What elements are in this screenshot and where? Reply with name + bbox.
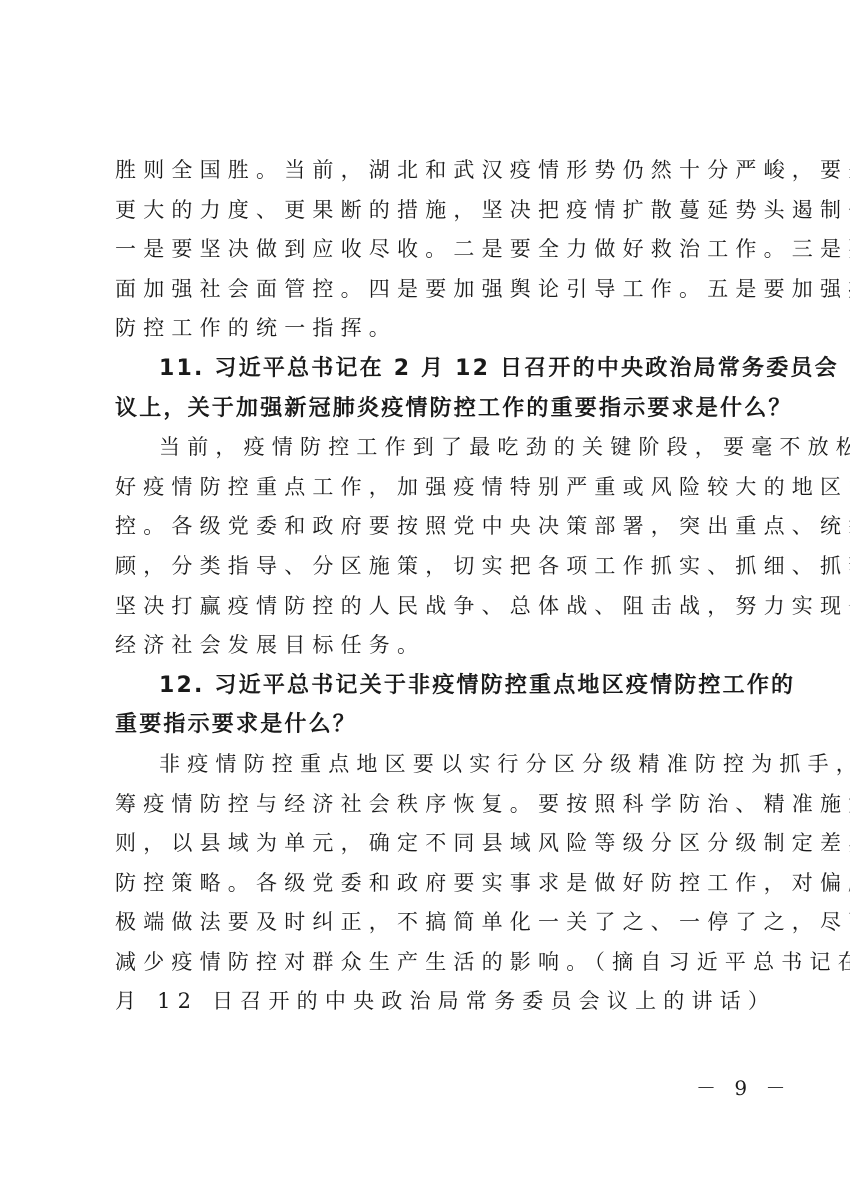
heading-line: 重要指示要求是什么？ xyxy=(115,705,747,745)
paragraph-line: 经济社会发展目标任务。 xyxy=(115,626,747,666)
paragraph-line: 更大的力度、更果断的措施，坚决把疫情扩散蔓延势头遏制住。 xyxy=(115,191,747,231)
paragraph-line: 防控策略。各级党委和政府要实事求是做好防控工作，对偏颇和 xyxy=(115,864,747,904)
continuation-paragraph: 胜则全国胜。当前，湖北和武汉疫情形势仍然十分严峻，要采取 更大的力度、更果断的措… xyxy=(115,151,747,349)
question-12-heading: 12. 习近平总书记关于非疫情防控重点地区疫情防控工作的 重要指示要求是什么？ xyxy=(115,666,747,745)
heading-line: 11. 习近平总书记在 2 月 12 日召开的中央政治局常务委员会 xyxy=(115,349,747,389)
question-11-heading: 11. 习近平总书记在 2 月 12 日召开的中央政治局常务委员会 议上，关于加… xyxy=(115,349,747,428)
question-12-answer: 非疫情防控重点地区要以实行分区分级精准防控为抓手，统 筹疫情防控与经济社会秩序恢… xyxy=(115,745,747,1022)
heading-line: 议上，关于加强新冠肺炎疫情防控工作的重要指示要求是什么？ xyxy=(115,389,747,429)
page-number: － 9 － xyxy=(696,1072,791,1101)
paragraph-line: 极端做法要及时纠正，不搞简单化一关了之、一停了之，尽可能 xyxy=(115,903,747,943)
paragraph-line: 控。各级党委和政府要按照党中央决策部署，突出重点、统筹兼 xyxy=(115,507,747,547)
paragraph-line: 防控工作的统一指挥。 xyxy=(115,309,747,349)
question-11-answer: 当前，疫情防控工作到了最吃劲的关键阶段，要毫不放松做 好疫情防控重点工作，加强疫… xyxy=(115,428,747,666)
paragraph-line: 非疫情防控重点地区要以实行分区分级精准防控为抓手，统 xyxy=(115,745,747,785)
paragraph-line: 胜则全国胜。当前，湖北和武汉疫情形势仍然十分严峻，要采取 xyxy=(115,151,747,191)
paragraph-line: 则，以县域为单元，确定不同县域风险等级分区分级制定差异化 xyxy=(115,824,747,864)
paragraph-line: 坚决打赢疫情防控的人民战争、总体战、阻击战，努力实现今年 xyxy=(115,587,747,627)
paragraph-line: 当前，疫情防控工作到了最吃劲的关键阶段，要毫不放松做 xyxy=(115,428,747,468)
paragraph-line: 月 12 日召开的中央政治局常务委员会议上的讲话） xyxy=(115,982,747,1022)
paragraph-line: 好疫情防控重点工作，加强疫情特别严重或风险较大的地区防 xyxy=(115,468,747,508)
heading-line: 12. 习近平总书记关于非疫情防控重点地区疫情防控工作的 xyxy=(115,666,747,706)
paragraph-line: 一是要坚决做到应收尽收。二是要全力做好救治工作。三是要全 xyxy=(115,230,747,270)
paragraph-line: 减少疫情防控对群众生产生活的影响。（摘自习近平总书记在 2 xyxy=(115,943,747,983)
document-page: 胜则全国胜。当前，湖北和武汉疫情形势仍然十分严峻，要采取 更大的力度、更果断的措… xyxy=(115,151,747,1022)
paragraph-line: 筹疫情防控与经济社会秩序恢复。要按照科学防治、精准施策原 xyxy=(115,785,747,825)
paragraph-line: 顾，分类指导、分区施策，切实把各项工作抓实、抓细、抓落地， xyxy=(115,547,747,587)
paragraph-line: 面加强社会面管控。四是要加强舆论引导工作。五是要加强疫情 xyxy=(115,270,747,310)
